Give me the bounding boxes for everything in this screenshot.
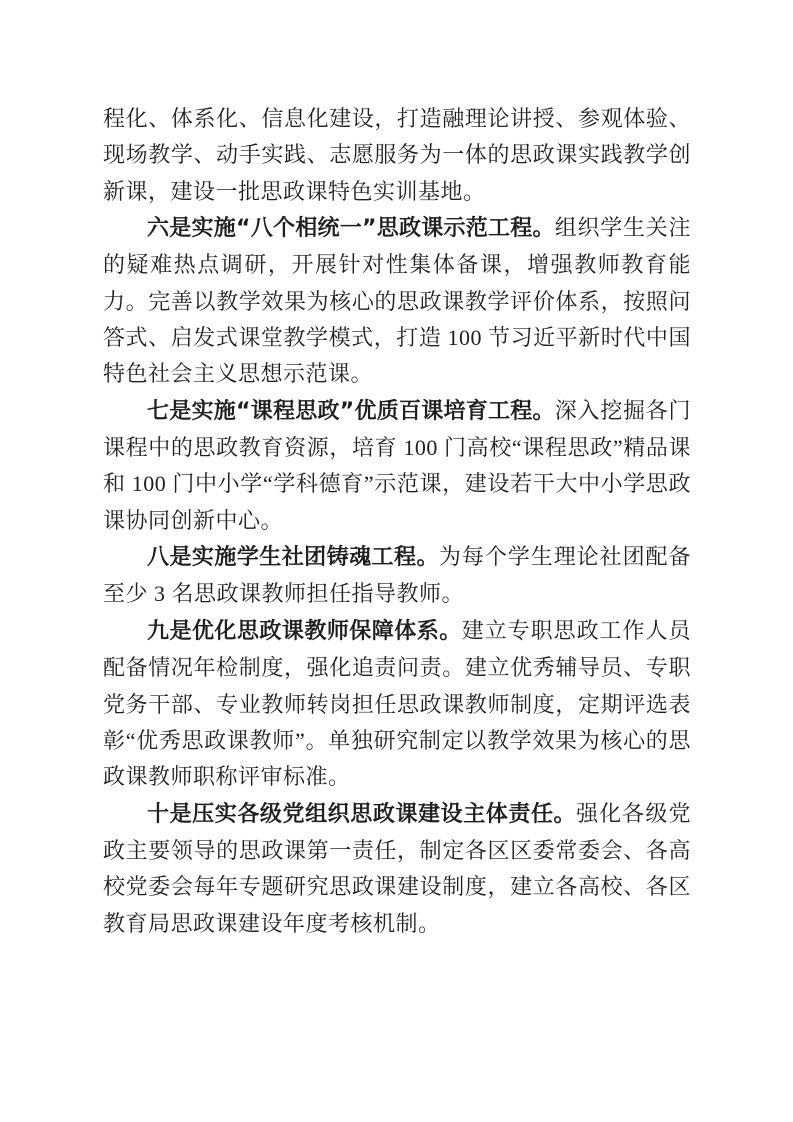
paragraph: 九是优化思政课教师保障体系。建立专职思政工作人员配备情况年检制度，强化追责问责。… xyxy=(103,613,691,796)
paragraph-lead: 八是实施学生社团铸魂工程。 xyxy=(147,545,439,570)
paragraph: 六是实施“八个相统一”思政课示范工程。组织学生关注的疑难热点调研，开展针对性集体… xyxy=(103,210,691,393)
paragraph-text: 程化、体系化、信息化建设，打造融理论讲授、参观体验、现场教学、动手实践、志愿服务… xyxy=(103,106,691,204)
paragraph-lead: 九是优化思政课教师保障体系。 xyxy=(147,619,462,644)
paragraph: 十是压实各级党组织思政课建设主体责任。强化各级党政主要领导的思政课第一责任，制定… xyxy=(103,796,691,942)
paragraph: 八是实施学生社团铸魂工程。为每个学生理论社团配备至少 3 名思政课教师担任指导教… xyxy=(103,539,691,613)
paragraph-lead: 六是实施“八个相统一”思政课示范工程。 xyxy=(147,216,555,241)
paragraph-lead: 十是压实各级党组织思政课建设主体责任。 xyxy=(147,802,576,827)
paragraph: 七是实施“课程思政”优质百课培育工程。深入挖掘各门课程中的思政教育资源，培育 1… xyxy=(103,393,691,539)
document-page: 程化、体系化、信息化建设，打造融理论讲授、参观体验、现场教学、动手实践、志愿服务… xyxy=(0,0,793,1122)
paragraph: 程化、体系化、信息化建设，打造融理论讲授、参观体验、现场教学、动手实践、志愿服务… xyxy=(103,101,691,210)
paragraph-lead: 七是实施“课程思政”优质百课培育工程。 xyxy=(147,399,555,424)
